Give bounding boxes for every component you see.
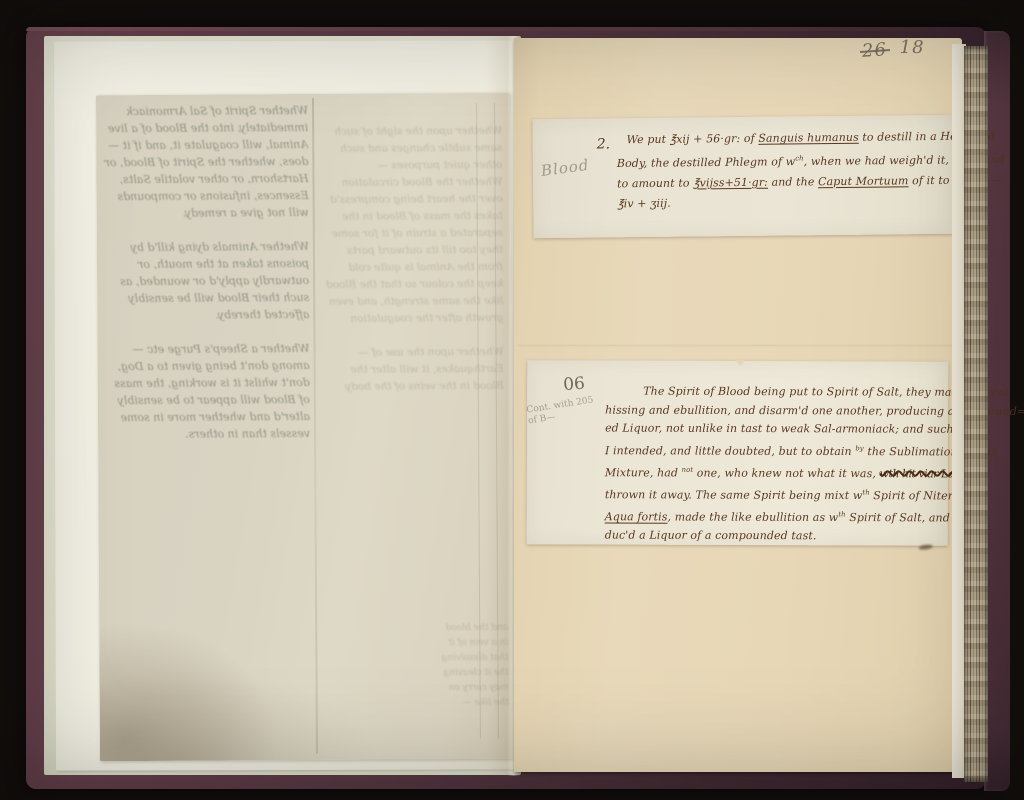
- text-line: the it cleaving: [412, 666, 508, 682]
- text-line: takes the mass of Blood in the: [317, 208, 503, 226]
- text-line: immediately, into the Blood of a live: [102, 119, 308, 137]
- slip1-handwritten-text: We put ℥xij + 56·gr: of Sanguis humanus …: [617, 126, 1006, 214]
- text-line: [103, 323, 309, 341]
- text-line: of Blood will appear to be sensibly: [104, 391, 310, 409]
- text-line: from the Animal is quite cold: [317, 259, 503, 277]
- text-line: Hartshorn, or other volatile Salts,: [102, 170, 308, 188]
- text-line: Whether Spirit of Sal Armoniack: [102, 102, 308, 120]
- text-line: outwardly apply'd or wounded, as: [103, 272, 309, 290]
- text-line: vessels than in others.: [104, 425, 310, 443]
- margin-pencil-note: Cont. with 205of B—: [526, 395, 596, 427]
- text-line: that dissolving: [412, 651, 508, 667]
- margin-annotation-blood: Blood: [540, 156, 590, 180]
- margin-annotation-06: 06: [563, 374, 586, 395]
- handwritten-line: ℥iv + ʒiij.: [617, 190, 1005, 214]
- slip-edge-notch: [735, 360, 745, 366]
- bleedthrough-column-3: and the bloodin a vein of itthat dissolv…: [412, 621, 509, 712]
- text-line: such their Blood will be sensibly: [103, 289, 309, 307]
- text-line: other quiet purposes —: [316, 157, 502, 175]
- text-line: growth after the coagulation: [317, 310, 503, 328]
- text-line: among don't being given to a Dog,: [104, 357, 310, 375]
- text-line: like the same strength, and even: [317, 293, 503, 311]
- fore-edge-page-block: [964, 46, 988, 782]
- pasted-slip-2: 06 Cont. with 205of B— The Spirit of Blo…: [527, 360, 949, 545]
- text-line: don't whilst it is working, the mass: [104, 374, 310, 392]
- text-line: affected thereby.: [103, 306, 309, 324]
- text-line: and the blood: [412, 621, 508, 637]
- text-line: same subtle changes and such: [316, 140, 502, 158]
- text-line: Animal, will coagulate it, and if it —: [102, 136, 308, 154]
- text-line: Earthquakes, it will alter the: [318, 361, 504, 379]
- text-line: Blood in the veins of the body: [318, 378, 504, 396]
- text-line: Whether upon the use of —: [317, 344, 503, 362]
- tipped-in-manuscript-leaf: Whether Spirit of Sal Armoniackimmediate…: [96, 93, 514, 762]
- text-line: Whether upon the sight of such: [316, 123, 502, 141]
- text-line: [103, 221, 309, 239]
- text-line: Whether Animals dying kill'd by: [103, 238, 309, 256]
- folio-new-number: 18: [900, 37, 925, 58]
- text-line: over the heart being compress'd: [317, 191, 503, 209]
- folio-numbers: 26 18: [862, 40, 925, 61]
- text-line: will not give a remedy.: [103, 204, 309, 222]
- text-line: keep the colour so that the Blood: [317, 276, 503, 294]
- text-line: in a vein of it: [412, 636, 508, 652]
- text-line: they too till its outward parts: [317, 242, 503, 260]
- text-line: does, whether the Spirit of Blood, or: [102, 153, 308, 171]
- text-line: separated a strain of it for some: [317, 225, 503, 243]
- slip1-item-number: 2.: [597, 136, 611, 152]
- text-line: the like —: [413, 696, 509, 712]
- bleedthrough-column-1: Whether Spirit of Sal Armoniackimmediate…: [102, 102, 310, 443]
- text-line: Whether the Blood circulation: [316, 174, 502, 192]
- page-crease: [518, 345, 956, 346]
- manuscript-photo: Whether Spirit of Sal Armoniackimmediate…: [0, 0, 1024, 800]
- text-line: Whether a Sheep's Purge etc —: [103, 340, 309, 358]
- text-line: [317, 327, 503, 345]
- text-line: Essences, infusions or compounds: [103, 187, 309, 205]
- text-line: may carry on: [413, 681, 509, 697]
- pasted-slip-1: Blood 2. We put ℥xij + 56·gr: of Sanguis…: [532, 115, 954, 238]
- text-line: alter'd and whether more in some: [104, 408, 310, 426]
- handwritten-line: to amount to ℥vijss+51·gr: and the Caput…: [617, 170, 1005, 194]
- handwritten-line: Body, the destilled Phlegm of wch, when …: [617, 146, 1005, 174]
- text-line: poisons taken at the mouth, or: [103, 255, 309, 273]
